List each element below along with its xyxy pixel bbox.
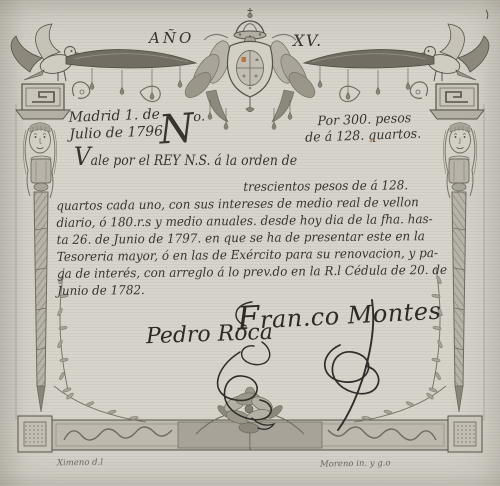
herm-column (31, 156, 51, 412)
engraver-credit-left: Ximeno d.l (57, 458, 103, 469)
year-numeral: XV. (293, 31, 323, 50)
number-letter: N (157, 105, 195, 153)
salutation-line: Vale por el REY N.S. á la orden de (74, 152, 297, 169)
frieze-left-half (18, 386, 250, 452)
engraver-credit-right: Moreno in. y g.o (320, 458, 391, 469)
dove-icon (11, 24, 82, 81)
coat-of-arms-shield (227, 37, 272, 112)
vale-real-document: AÑO XV. Madrid 1. de Julio de 1796. No. … (0, 0, 500, 486)
serial-number-label: No. (157, 104, 207, 153)
signature-left: Pedro Roca (146, 320, 274, 349)
number-superscript: o. (193, 109, 206, 125)
corner-scrollwork (73, 82, 161, 102)
era-label: AÑO (149, 29, 194, 47)
greek-key-pedestal (16, 84, 70, 119)
drape-swag (66, 50, 196, 100)
royal-crown-icon (234, 8, 266, 39)
face-value: Por 300. pesos de á 128. quartos. (304, 111, 412, 147)
body-text: trescientos pesos de á 128. quartos cada… (56, 176, 409, 299)
issue-date: Madrid 1. de Julio de 1796. (68, 106, 167, 143)
date-line-2: Julio de 1796. (69, 123, 168, 143)
pen-mark (486, 10, 488, 19)
